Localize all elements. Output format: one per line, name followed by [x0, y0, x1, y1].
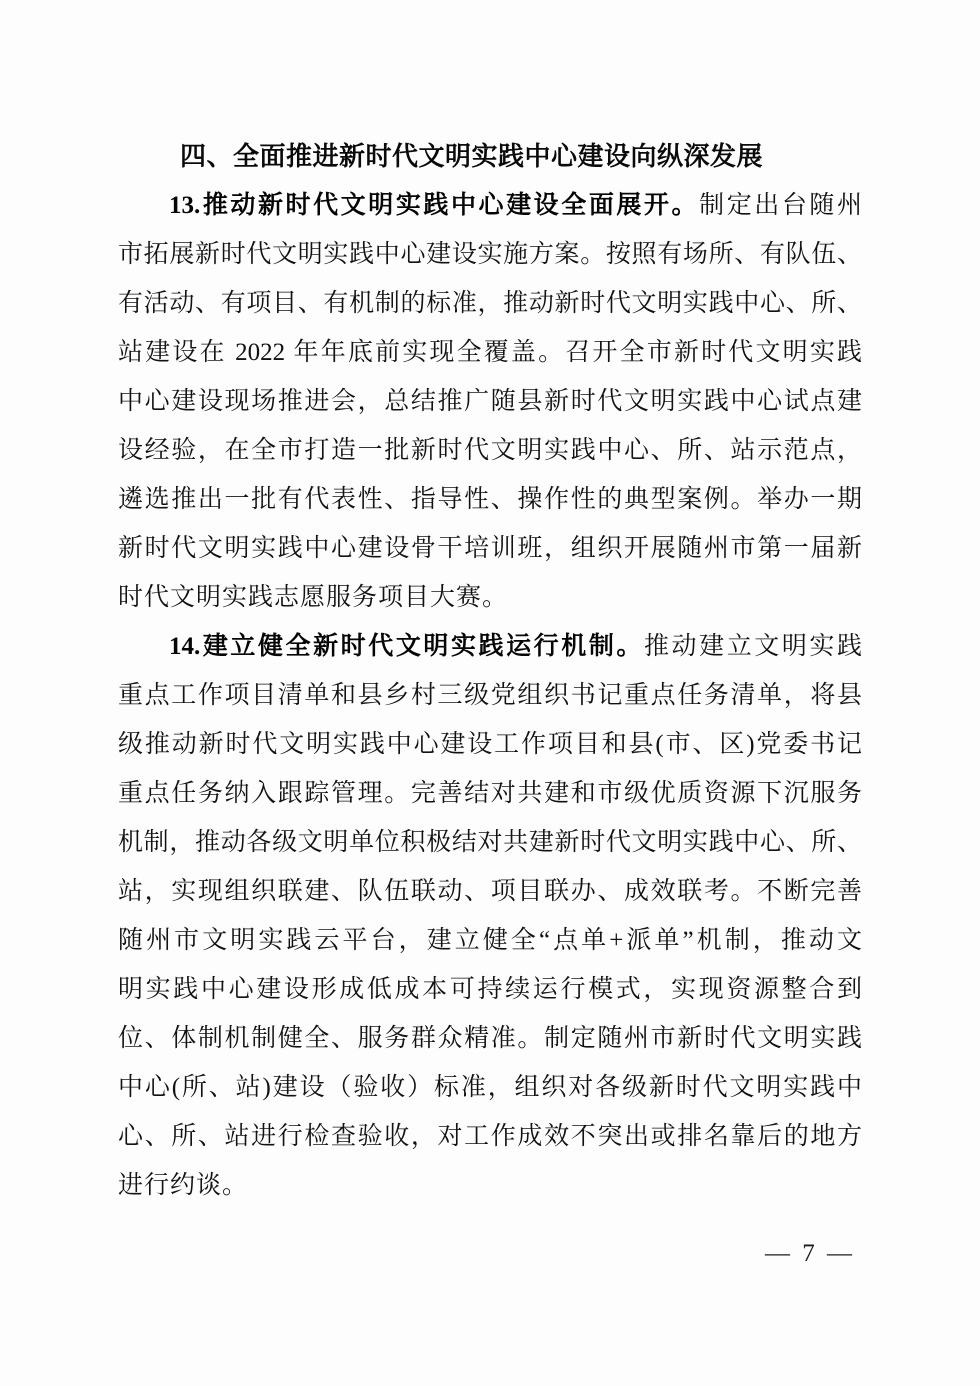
paragraph-13-line: 遴选推出一批有代表性、指导性、操作性的典型案例。举办一期 [118, 475, 862, 524]
page-number: — 7 — [765, 1229, 855, 1278]
paragraph-13-line: 市拓展新时代文明实践中心建设实施方案。按照有场所、有队伍、 [118, 230, 862, 279]
paragraph-14-last-line: 进行约谈。 [118, 1161, 862, 1210]
paragraph-13-last-line: 时代文明实践志愿服务项目大赛。 [118, 573, 862, 622]
item-13-bold-lead: 13.推动新时代文明实践中心建设全面展开。 [169, 192, 699, 219]
item-13-lead-tail: 制定出台随州 [699, 192, 862, 219]
paragraph-13-line: 有活动、有项目、有机制的标准，推动新时代文明实践中心、所、 [118, 279, 862, 328]
paragraph-14-lead-line: 14.建立健全新时代文明实践运行机制。推动建立文明实践 [118, 622, 862, 671]
paragraph-13-line: 新时代文明实践中心建设骨干培训班，组织开展随州市第一届新 [118, 524, 862, 573]
paragraph-13: 13.推动新时代文明实践中心建设全面展开。制定出台随州 市拓展新时代文明实践中心… [118, 181, 862, 622]
paragraph-14-line: 随州市文明实践云平台，建立健全“点单+派单”机制，推动文 [118, 916, 862, 965]
paragraph-14-line: 心、所、站进行检查验收，对工作成效不突出或排名靠后的地方 [118, 1112, 862, 1161]
paragraph-14-line: 级推动新时代文明实践中心建设工作项目和县(市、区)党委书记 [118, 720, 862, 769]
paragraph-14-line: 明实践中心建设形成低成本可持续运行模式，实现资源整合到 [118, 965, 862, 1014]
paragraph-14-line: 中心(所、站)建设（验收）标准，组织对各级新时代文明实践中 [118, 1063, 862, 1112]
paragraph-14-line: 站，实现组织联建、队伍联动、项目联办、成效联考。不断完善 [118, 867, 862, 916]
paragraph-14-line: 重点任务纳入跟踪管理。完善结对共建和市级优质资源下沉服务 [118, 769, 862, 818]
paragraph-13-lead-line: 13.推动新时代文明实践中心建设全面展开。制定出台随州 [118, 181, 862, 230]
document-content: 四、全面推进新时代文明实践中心建设向纵深发展 13.推动新时代文明实践中心建设全… [118, 132, 862, 1210]
paragraph-13-line: 站建设在 2022 年年底前实现全覆盖。召开全市新时代文明实践 [118, 328, 862, 377]
paragraph-14-line: 重点工作项目清单和县乡村三级党组织书记重点任务清单，将县 [118, 671, 862, 720]
item-14-lead-tail: 推动建立文明实践 [644, 633, 862, 660]
paragraph-14-line: 机制，推动各级文明单位积极结对共建新时代文明实践中心、所、 [118, 818, 862, 867]
paragraph-13-line: 中心建设现场推进会，总结推广随县新时代文明实践中心试点建 [118, 377, 862, 426]
paragraph-14-line: 位、体制机制健全、服务群众精准。制定随州市新时代文明实践 [118, 1014, 862, 1063]
item-14-bold-lead: 14.建立健全新时代文明实践运行机制。 [169, 633, 644, 660]
section-heading: 四、全面推进新时代文明实践中心建设向纵深发展 [118, 132, 862, 181]
paragraph-14: 14.建立健全新时代文明实践运行机制。推动建立文明实践 重点工作项目清单和县乡村… [118, 622, 862, 1210]
paragraph-13-line: 设经验，在全市打造一批新时代文明实践中心、所、站示范点， [118, 426, 862, 475]
document-page: 四、全面推进新时代文明实践中心建设向纵深发展 13.推动新时代文明实践中心建设全… [0, 0, 980, 1386]
